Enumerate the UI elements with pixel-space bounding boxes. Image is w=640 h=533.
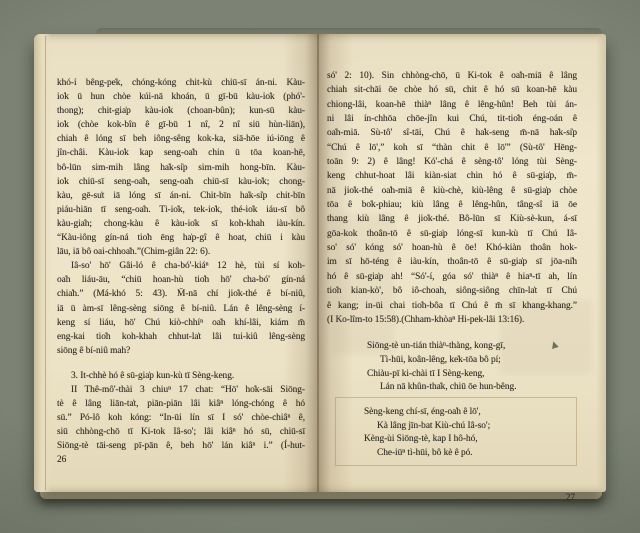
text-line: Kà lâng jīn-bat Kiù-chú Iâ-so'; [336,420,576,434]
section-heading: 3. It-chhè hó ê sū-gia̍p kun-kù tī Sèng-… [57,369,305,383]
text-line: keng sí liáu, hō' Chú kiò-chhíⁿ oa̍h khí… [57,316,305,330]
text-line: ê kang; in-ūi chai tio̍h-bôa tī Chú ê m̄… [327,299,577,313]
text-line: piáu-hiān tī seng-oa̍h. Tì-io̍k, tek-io̍… [57,203,305,217]
text-line: Siōng-tè un-tián thiàⁿ-thàng, kong-gī, [327,340,577,354]
right-page-text: só' 2: 10). Sin chhòng-chō, ū Ki-tok ê o… [327,69,577,514]
paragraph: Iâ-so' hō' Gâi-ló ê cha-bó'-kiáⁿ 12 hè, … [57,259,305,358]
text-line: ni lâi ín-chhōa chōe-jîn kui Chú, tit-ti… [327,112,577,126]
text-line: keng chhut-hoat lâi kiàn-siat chin hó ê … [327,169,577,183]
text-line: chiong-lâi, koan-hē thiàⁿ lâng ê lêng-hû… [327,98,577,112]
boxed-verse-stanza: Sèng-keng chí-sī, éng-oa̍h ê lō',Kà lâng… [335,397,577,466]
text-line: khó-í bêng-pe̍k, chóng-kóng chit-kù chiū… [57,76,305,90]
text-line: tè ê lâng liān-ta̍t, piān-piān lâi kiâⁿ … [57,397,305,411]
text-line: kàu, gē-su̍t iā lóng sī án-ni. Chit-bīn … [57,189,305,203]
text-line: thang kiù lâng ê jio̍k-thé. Bô-lūn sī Ki… [327,212,577,226]
page-number-right: 27 [566,491,575,505]
left-page-text: khó-í bêng-pe̍k, chóng-kóng chit-kù chiū… [57,76,305,468]
open-book: khó-í bêng-pe̍k, chóng-kóng chit-kù chiū… [34,34,606,492]
right-page-outer-edge [596,34,606,492]
text-line: Iâ-so' hō' Gâi-ló ê cha-bó'-kiáⁿ 12 hè, … [57,259,305,273]
text-line: “Chú ê lō',” koh sī “thàn chit ê lō'” (S… [327,141,577,155]
text-line: so' só' kóng só' hoan-hù ê ōe! Khó-kiàn … [327,241,577,255]
photo-background: { "left_page": { "number": "26", "para1"… [0,0,640,533]
verse-stanza: Siōng-tè un-tián thiàⁿ-thàng, kong-gī,Tì… [327,340,577,395]
text-line: bô-lūn sim-mih lâng ha̍k-si̍p sim-mih ho… [57,161,305,175]
text-line: Che-iūⁿ tì-hūi, bô kè ê pó. [336,447,576,461]
text-line: lāu, iā bô oai-chhoa̍h.”(Chim-giân 22: 6… [57,245,305,259]
text-line: io̍k ū hun chòe kúi-nā khoán, ū gī-bū kà… [57,90,305,104]
text-line: nā jio̍k-thé oa̍h-miā ê kiù-chè, kiù-lên… [327,184,577,198]
text-line: iā ū àm-sī lêng-sèng siōng ê bí-niû. Lán… [57,302,305,316]
text-line: kàu-gia̍h; chong-kàu ê kàu-io̍k sī koh-k… [57,217,305,231]
text-line: Chiàu-pī ki-chài tī I Sèng-keng, [327,368,577,382]
text-line: siū chhòng-chō tī Ki-tok Iâ-so'; lâi kiâ… [57,425,305,439]
left-page-stack-edge [34,34,52,492]
paragraph: II Thê-mô'-thài 3 chiuⁿ 17 chat: “Hō' ho… [57,383,305,453]
page-number-left: 26 [57,453,305,467]
text-line: toān 9: 2) ê lâng! Kó'-chá ê sèng-tô' ló… [327,155,577,169]
text-line: só' 2: 10). Sin chhòng-chō, ū Ki-tok ê o… [327,69,577,83]
text-line: tōa ê bo̍k-phiau; kiù lâng ê lêng-hûn, t… [327,198,577,212]
text-line: io̍k chiū-sī seng-oa̍h, seng-oa̍h chiū-s… [57,175,305,189]
text-line: jîn-châi. Kàu-io̍k kap seng-oa̍h chin ū … [57,146,305,160]
text-line: Siōng-tè tāi-seng pī-pān ê, beh hō' lán … [57,439,305,453]
text-line: tio̍h kian-kò', bô iô-choah, siông-siông… [327,284,577,298]
text-line: (I Ko-lîm-to 15:58).(Chham-khòaⁿ Hi-pek-… [327,313,577,327]
text-line: Sèng-keng chí-sī, éng-oa̍h ê lō', [336,406,576,420]
text-line: oa̍h liáu-āu, “chiū hoan-hù tio̍h hō' ch… [57,273,305,287]
text-line: chiah sit-chāi ōe chòe hó sū, chit ê hó … [327,83,577,97]
text-line: Kèng-ùi Siōng-tè, kap I hô-hó, [336,433,576,447]
paragraph: só' 2: 10). Sin chhòng-chō, ū Ki-tok ê o… [327,69,577,327]
text-line: sū.” Pó-lô koh kóng: “In-ūi lín sī I só'… [57,411,305,425]
text-line: io̍k (chòe kok-bîn ê gī-bū 1 nî, 2 nî si… [57,118,305,132]
text-line: “Kàu-iông gín-ná tio̍h ēng ha̍p-gî ê hoa… [57,231,305,245]
text-line: eng-kai tio̍h koh-khah chhut-la̍t lâi tu… [57,330,305,344]
text-line: gōa-kok thoân-tō ê sū-gia̍p lóng-sī kun-… [327,227,577,241]
text-line: siōng ê bí-niû mah? [57,344,305,358]
paragraph: khó-í bêng-pe̍k, chóng-kóng chit-kù chiū… [57,76,305,259]
text-line: im sī hō-téng ê iàu-kín, thoân-tō ê sū-g… [327,255,577,269]
text-line: thong); chit-gia̍p kàu-io̍k (choan-bûn);… [57,104,305,118]
text-line: hó ê sū-gia̍p ah! “Só'-í, góa só' thiàⁿ … [327,270,577,284]
text-line: Tì-hūi, koân-lêng, ke̍k-tōa bô pí; [327,354,577,368]
text-line: II Thê-mô'-thài 3 chiuⁿ 17 chat: “Hō' ho… [57,383,305,397]
text-line: chia̍h.” (Má-khó 5: 43). M̄-nā chí jio̍k… [57,287,305,301]
text-line: oa̍h-miā. Sù-tô' sî-tāi, Chú ê ha̍k-seng… [327,126,577,140]
text-line: chiah ê lóng sī beh iông-sêng kok-ka, si… [57,132,305,146]
text-line: Lán nā khûn-tha̍k, chiū ōe hun-bêng. [327,381,577,395]
